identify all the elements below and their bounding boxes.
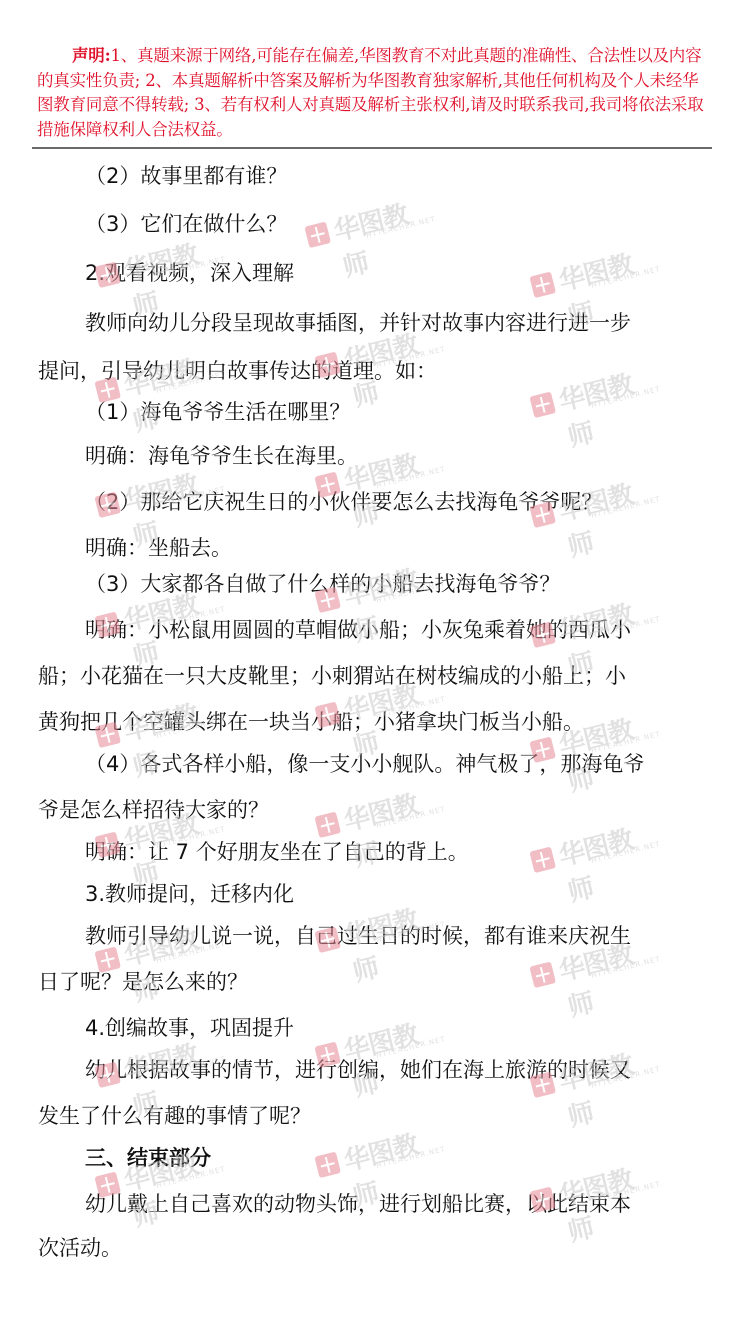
text-line: 4.创编故事，巩固提升 [85,1008,748,1048]
text-line: 幼儿戴上自己喜欢的动物头饰，进行划船比赛，以此结束本 [85,1184,748,1224]
header-divider [32,147,712,149]
text-line: 三、结束部分 [85,1138,748,1178]
disclaimer-lead: 声明: [72,46,111,65]
disclaimer: 声明:1、真题来源于网络,可能存在偏差,华图教育不对此真题的准确性、合法性以及内… [37,44,713,142]
text-line: （1）海龟爷爷生活在哪里？ [85,392,748,432]
text-line: 船；小花猫在一只大皮靴里；小刺猬站在树枝编成的小船上；小 [38,656,714,696]
text-line: 爷是怎么样招待大家的？ [38,790,714,830]
text-line: （4）各式各样小船，像一支小小舰队。神气极了，那海龟爷 [85,744,748,784]
text-line: 明确：让 7 个好朋友坐在了自己的背上。 [85,832,748,872]
text-line: 3.教师提问，迁移内化 [85,874,748,914]
text-line: 明确：坐船去。 [85,528,748,568]
text-line: （2）故事里都有谁？ [85,156,748,196]
text-line: 发生了什么有趣的事情了呢？ [38,1096,714,1136]
text-line: 2.观看视频，深入理解 [85,253,748,293]
text-line: 日了呢？是怎么来的？ [38,962,714,1002]
text-line: （3）它们在做什么？ [85,204,748,244]
text-line: 明确：海龟爷爷生长在海里。 [85,436,748,476]
text-line: 教师向幼儿分段呈现故事插图，并针对故事内容进行进一步 [85,303,748,343]
text-line: 幼儿根据故事的情节，进行创编，她们在海上旅游的时候又 [85,1050,748,1090]
text-line: 黄狗把几个空罐头绑在一块当小船；小猪拿块门板当小船。 [38,702,714,742]
text-line: 教师引导幼儿说一说，自己过生日的时候，都有谁来庆祝生 [85,916,748,956]
text-line: （3）大家都各自做了什么样的小船去找海龟爷爷？ [85,564,748,604]
text-line: 次活动。 [38,1228,714,1268]
text-line: （2）那给它庆祝生日的小伙伴要怎么去找海龟爷爷呢？ [85,482,748,522]
disclaimer-text: 1、真题来源于网络,可能存在偏差,华图教育不对此真题的准确性、合法性以及内容的真… [37,46,704,139]
text-line: 明确：小松鼠用圆圆的草帽做小船；小灰兔乘着她的西瓜小 [85,610,748,650]
text-line: 提问，引导幼儿明白故事传达的道理。如： [38,351,714,391]
